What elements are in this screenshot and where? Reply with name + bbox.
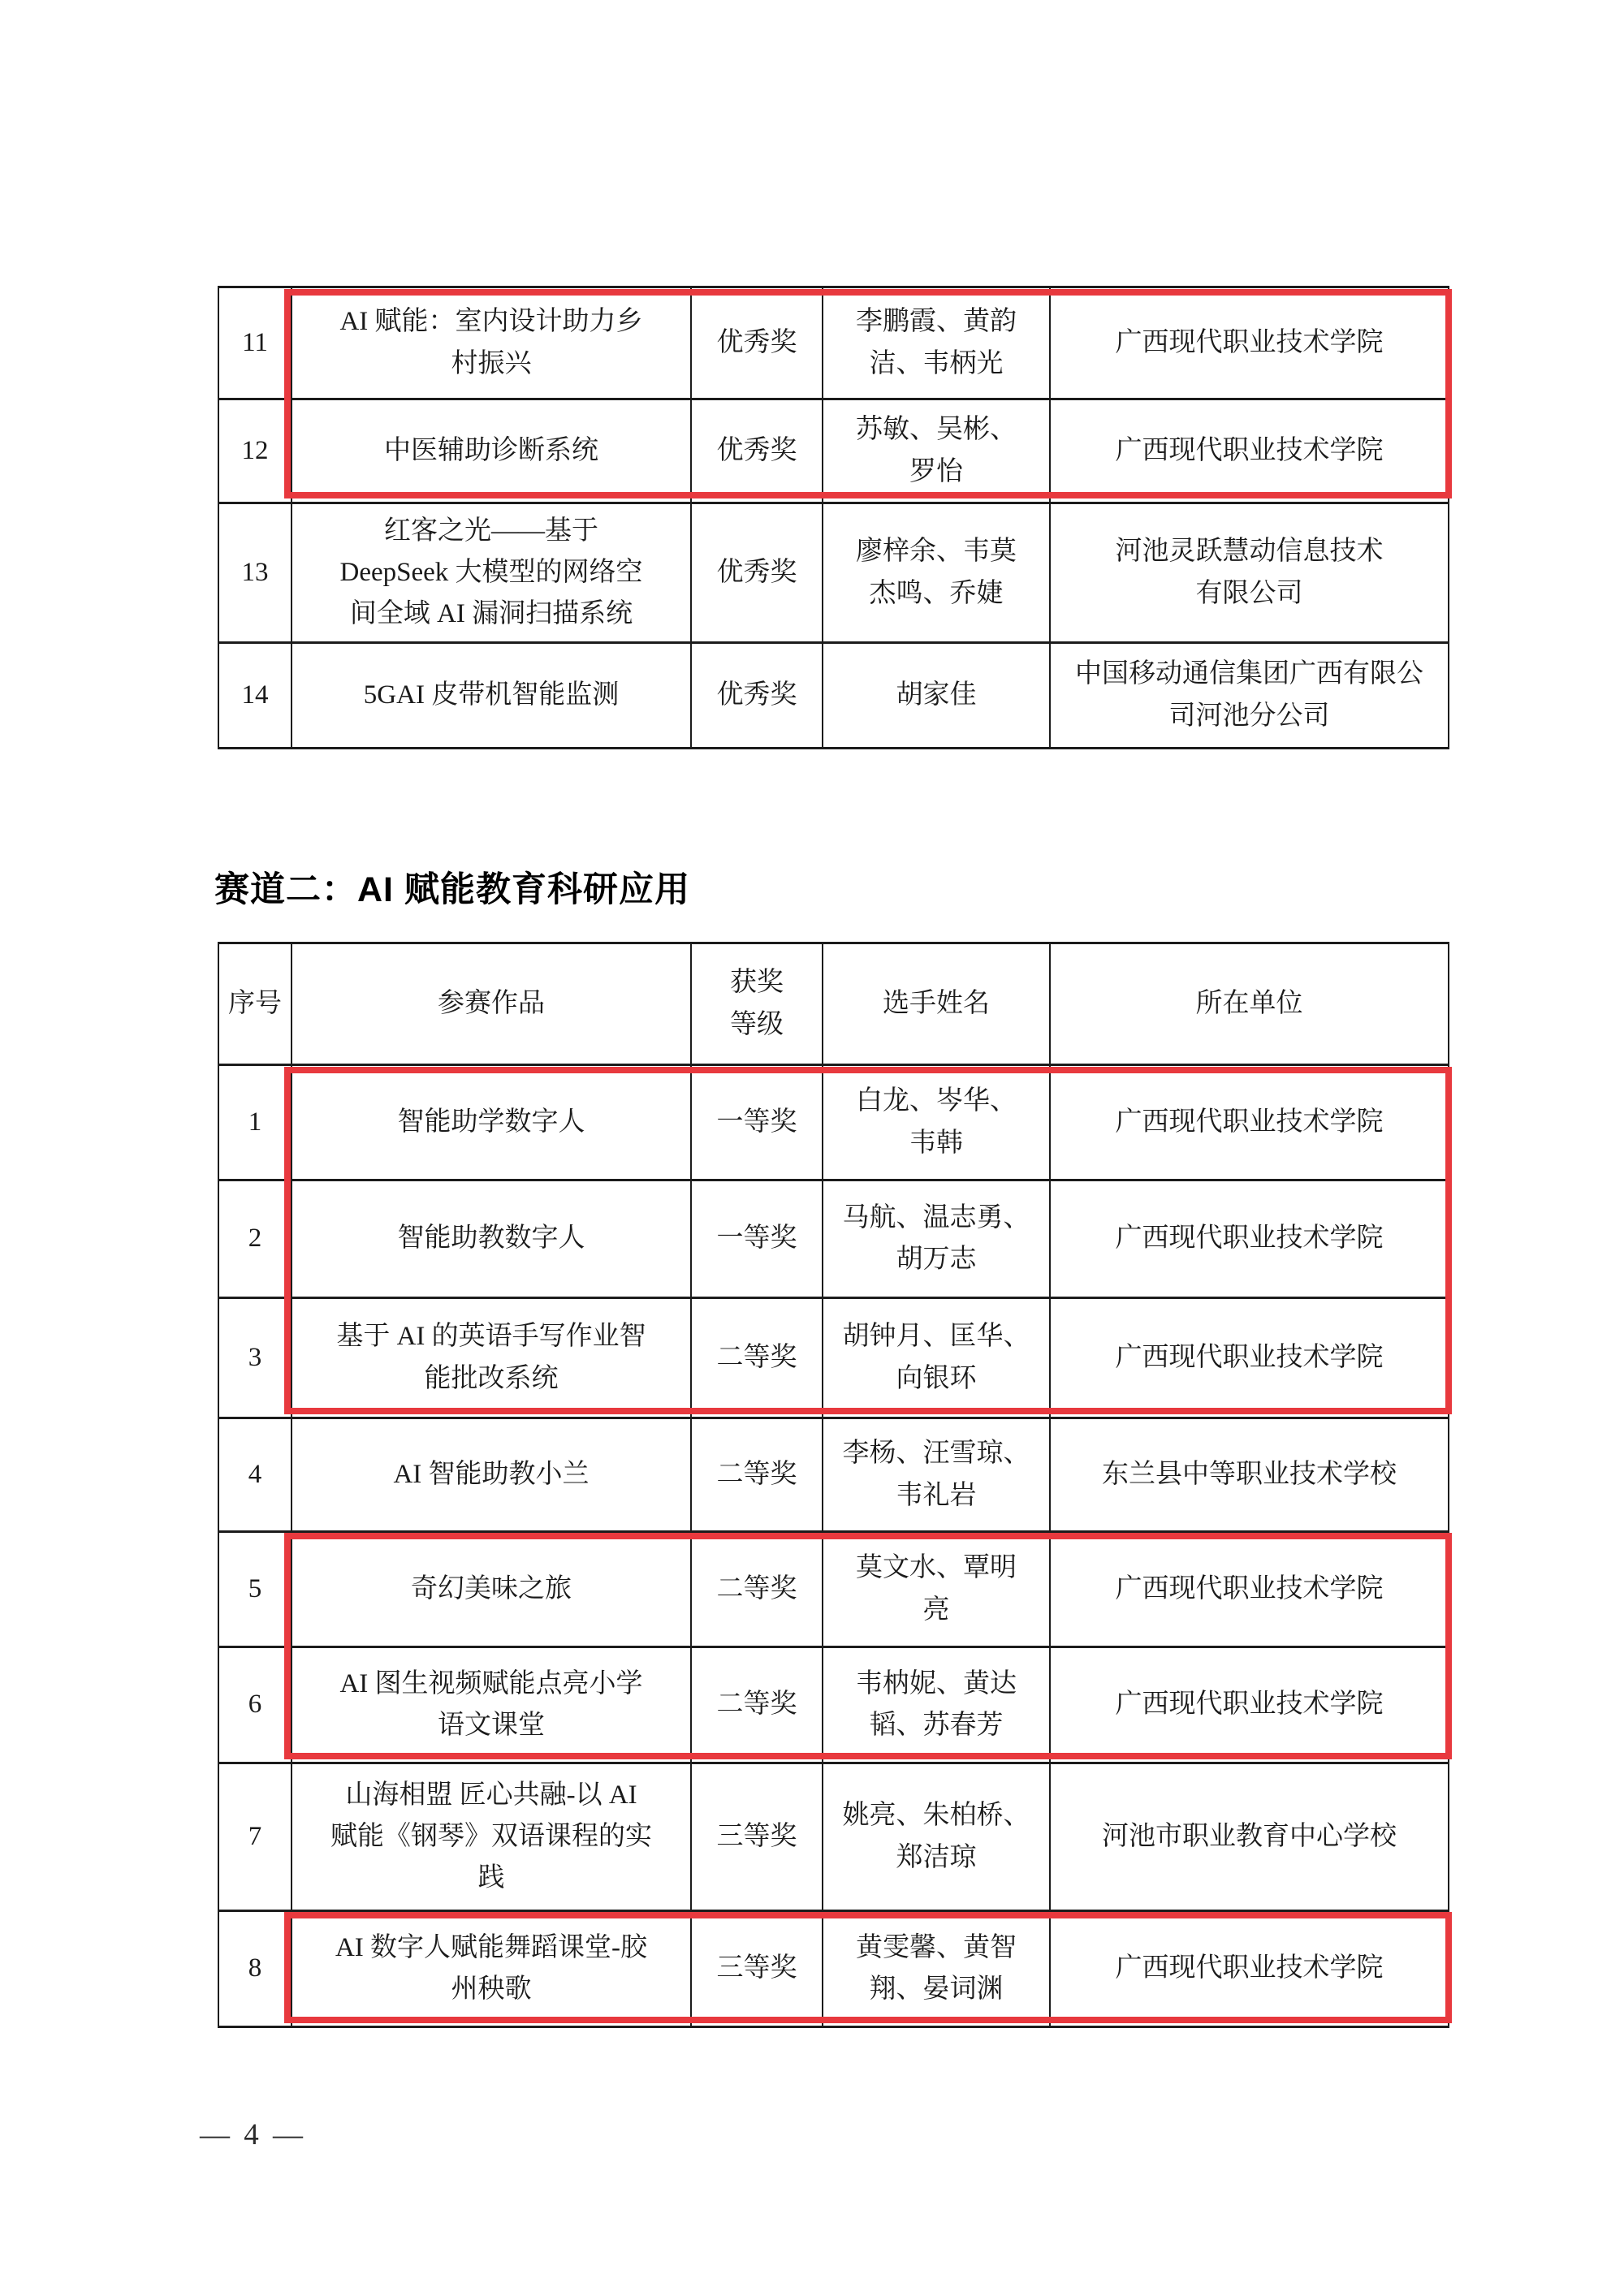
serial-cell: 5 [218, 1532, 292, 1647]
work-cell: 基于 AI 的英语手写作业智 能批改系统 [292, 1298, 691, 1418]
award-cell: 优秀奖 [691, 287, 823, 399]
members-cell: 胡家佳 [823, 643, 1050, 749]
header-row: 序号 参赛作品 获奖 等级 选手姓名 所在单位 [218, 943, 1449, 1065]
org-cell: 广西现代职业技术学院 [1050, 399, 1449, 503]
award-cell: 三等奖 [691, 1763, 823, 1911]
serial-cell: 3 [218, 1298, 292, 1418]
serial-cell: 7 [218, 1763, 292, 1911]
serial-cell: 2 [218, 1180, 292, 1298]
table-row: 8 AI 数字人赋能舞蹈课堂-胶 州秧歌 三等奖 黄雯馨、黄智 翔、晏词渊 广西… [218, 1911, 1449, 2027]
serial-cell: 12 [218, 399, 292, 503]
work-cell: 山海相盟 匠心共融-以 AI 赋能《钢琴》双语课程的实 践 [292, 1763, 691, 1911]
award-cell: 二等奖 [691, 1418, 823, 1532]
members-cell: 胡钟月、匡华、 向银环 [823, 1298, 1050, 1418]
members-cell: 莫文水、覃明 亮 [823, 1532, 1050, 1647]
work-cell: 5GAI 皮带机智能监测 [292, 643, 691, 749]
track1-awards-table: 11 AI 赋能：室内设计助力乡 村振兴 优秀奖 李鹏霞、黄韵 洁、韦柄光 广西… [218, 286, 1449, 749]
org-cell: 中国移动通信集团广西有限公 司河池分公司 [1050, 643, 1449, 749]
table-row: 7 山海相盟 匠心共融-以 AI 赋能《钢琴》双语课程的实 践 三等奖 姚亮、朱… [218, 1763, 1449, 1911]
award-cell: 优秀奖 [691, 399, 823, 503]
award-cell: 一等奖 [691, 1180, 823, 1298]
org-cell: 广西现代职业技术学院 [1050, 1532, 1449, 1647]
serial-cell: 13 [218, 503, 292, 643]
table-row: 13 红客之光——基于 DeepSeek 大模型的网络空 间全域 AI 漏洞扫描… [218, 503, 1449, 643]
award-cell: 二等奖 [691, 1532, 823, 1647]
serial-cell: 14 [218, 643, 292, 749]
serial-cell: 1 [218, 1065, 292, 1180]
header-org: 所在单位 [1050, 943, 1449, 1065]
members-cell: 黄雯馨、黄智 翔、晏词渊 [823, 1911, 1050, 2027]
table-row: 11 AI 赋能：室内设计助力乡 村振兴 优秀奖 李鹏霞、黄韵 洁、韦柄光 广西… [218, 287, 1449, 399]
award-cell: 二等奖 [691, 1298, 823, 1418]
section-heading: 赛道二：AI 赋能教育科研应用 [214, 862, 690, 912]
serial-cell: 6 [218, 1647, 292, 1763]
members-cell: 李杨、汪雪琼、 韦礼岩 [823, 1418, 1050, 1532]
page-number: — 4 — [200, 2117, 306, 2152]
header-work: 参赛作品 [292, 943, 691, 1065]
track2-awards-table: 序号 参赛作品 获奖 等级 选手姓名 所在单位 1 智能助学数字人 一等奖 白龙… [218, 942, 1449, 2028]
table-row: 6 AI 图生视频赋能点亮小学 语文课堂 二等奖 韦枘妮、黄达 韬、苏春芳 广西… [218, 1647, 1449, 1763]
table-row: 12 中医辅助诊断系统 优秀奖 苏敏、吴彬、 罗怡 广西现代职业技术学院 [218, 399, 1449, 503]
members-cell: 廖梓余、韦莫 杰鸣、乔婕 [823, 503, 1050, 643]
org-cell: 广西现代职业技术学院 [1050, 1911, 1449, 2027]
work-cell: 红客之光——基于 DeepSeek 大模型的网络空 间全域 AI 漏洞扫描系统 [292, 503, 691, 643]
org-cell: 广西现代职业技术学院 [1050, 1065, 1449, 1180]
work-cell: AI 智能助教小兰 [292, 1418, 691, 1532]
serial-cell: 11 [218, 287, 292, 399]
members-cell: 苏敏、吴彬、 罗怡 [823, 399, 1050, 503]
serial-cell: 4 [218, 1418, 292, 1532]
table-row: 14 5GAI 皮带机智能监测 优秀奖 胡家佳 中国移动通信集团广西有限公 司河… [218, 643, 1449, 749]
serial-cell: 8 [218, 1911, 292, 2027]
org-cell: 东兰县中等职业技术学校 [1050, 1418, 1449, 1532]
org-cell: 广西现代职业技术学院 [1050, 287, 1449, 399]
members-cell: 李鹏霞、黄韵 洁、韦柄光 [823, 287, 1050, 399]
award-cell: 一等奖 [691, 1065, 823, 1180]
org-cell: 广西现代职业技术学院 [1050, 1647, 1449, 1763]
members-cell: 姚亮、朱柏桥、 郑洁琼 [823, 1763, 1050, 1911]
table-row: 1 智能助学数字人 一等奖 白龙、岑华、 韦韩 广西现代职业技术学院 [218, 1065, 1449, 1180]
award-cell: 优秀奖 [691, 643, 823, 749]
work-cell: 奇幻美味之旅 [292, 1532, 691, 1647]
work-cell: AI 图生视频赋能点亮小学 语文课堂 [292, 1647, 691, 1763]
table-row: 2 智能助教数字人 一等奖 马航、温志勇、 胡万志 广西现代职业技术学院 [218, 1180, 1449, 1298]
table-row: 5 奇幻美味之旅 二等奖 莫文水、覃明 亮 广西现代职业技术学院 [218, 1532, 1449, 1647]
org-cell: 广西现代职业技术学院 [1050, 1180, 1449, 1298]
table-row: 3 基于 AI 的英语手写作业智 能批改系统 二等奖 胡钟月、匡华、 向银环 广… [218, 1298, 1449, 1418]
table-row: 4 AI 智能助教小兰 二等奖 李杨、汪雪琼、 韦礼岩 东兰县中等职业技术学校 [218, 1418, 1449, 1532]
award-cell: 二等奖 [691, 1647, 823, 1763]
org-cell: 河池市职业教育中心学校 [1050, 1763, 1449, 1911]
members-cell: 白龙、岑华、 韦韩 [823, 1065, 1050, 1180]
work-cell: 智能助学数字人 [292, 1065, 691, 1180]
header-award: 获奖 等级 [691, 943, 823, 1065]
org-cell: 广西现代职业技术学院 [1050, 1298, 1449, 1418]
org-cell: 河池灵跃慧动信息技术 有限公司 [1050, 503, 1449, 643]
members-cell: 马航、温志勇、 胡万志 [823, 1180, 1050, 1298]
award-cell: 三等奖 [691, 1911, 823, 2027]
header-serial: 序号 [218, 943, 292, 1065]
work-cell: 中医辅助诊断系统 [292, 399, 691, 503]
header-members: 选手姓名 [823, 943, 1050, 1065]
work-cell: 智能助教数字人 [292, 1180, 691, 1298]
work-cell: AI 数字人赋能舞蹈课堂-胶 州秧歌 [292, 1911, 691, 2027]
work-cell: AI 赋能：室内设计助力乡 村振兴 [292, 287, 691, 399]
members-cell: 韦枘妮、黄达 韬、苏春芳 [823, 1647, 1050, 1763]
document-page: 11 AI 赋能：室内设计助力乡 村振兴 优秀奖 李鹏霞、黄韵 洁、韦柄光 广西… [0, 0, 1624, 2296]
award-cell: 优秀奖 [691, 503, 823, 643]
